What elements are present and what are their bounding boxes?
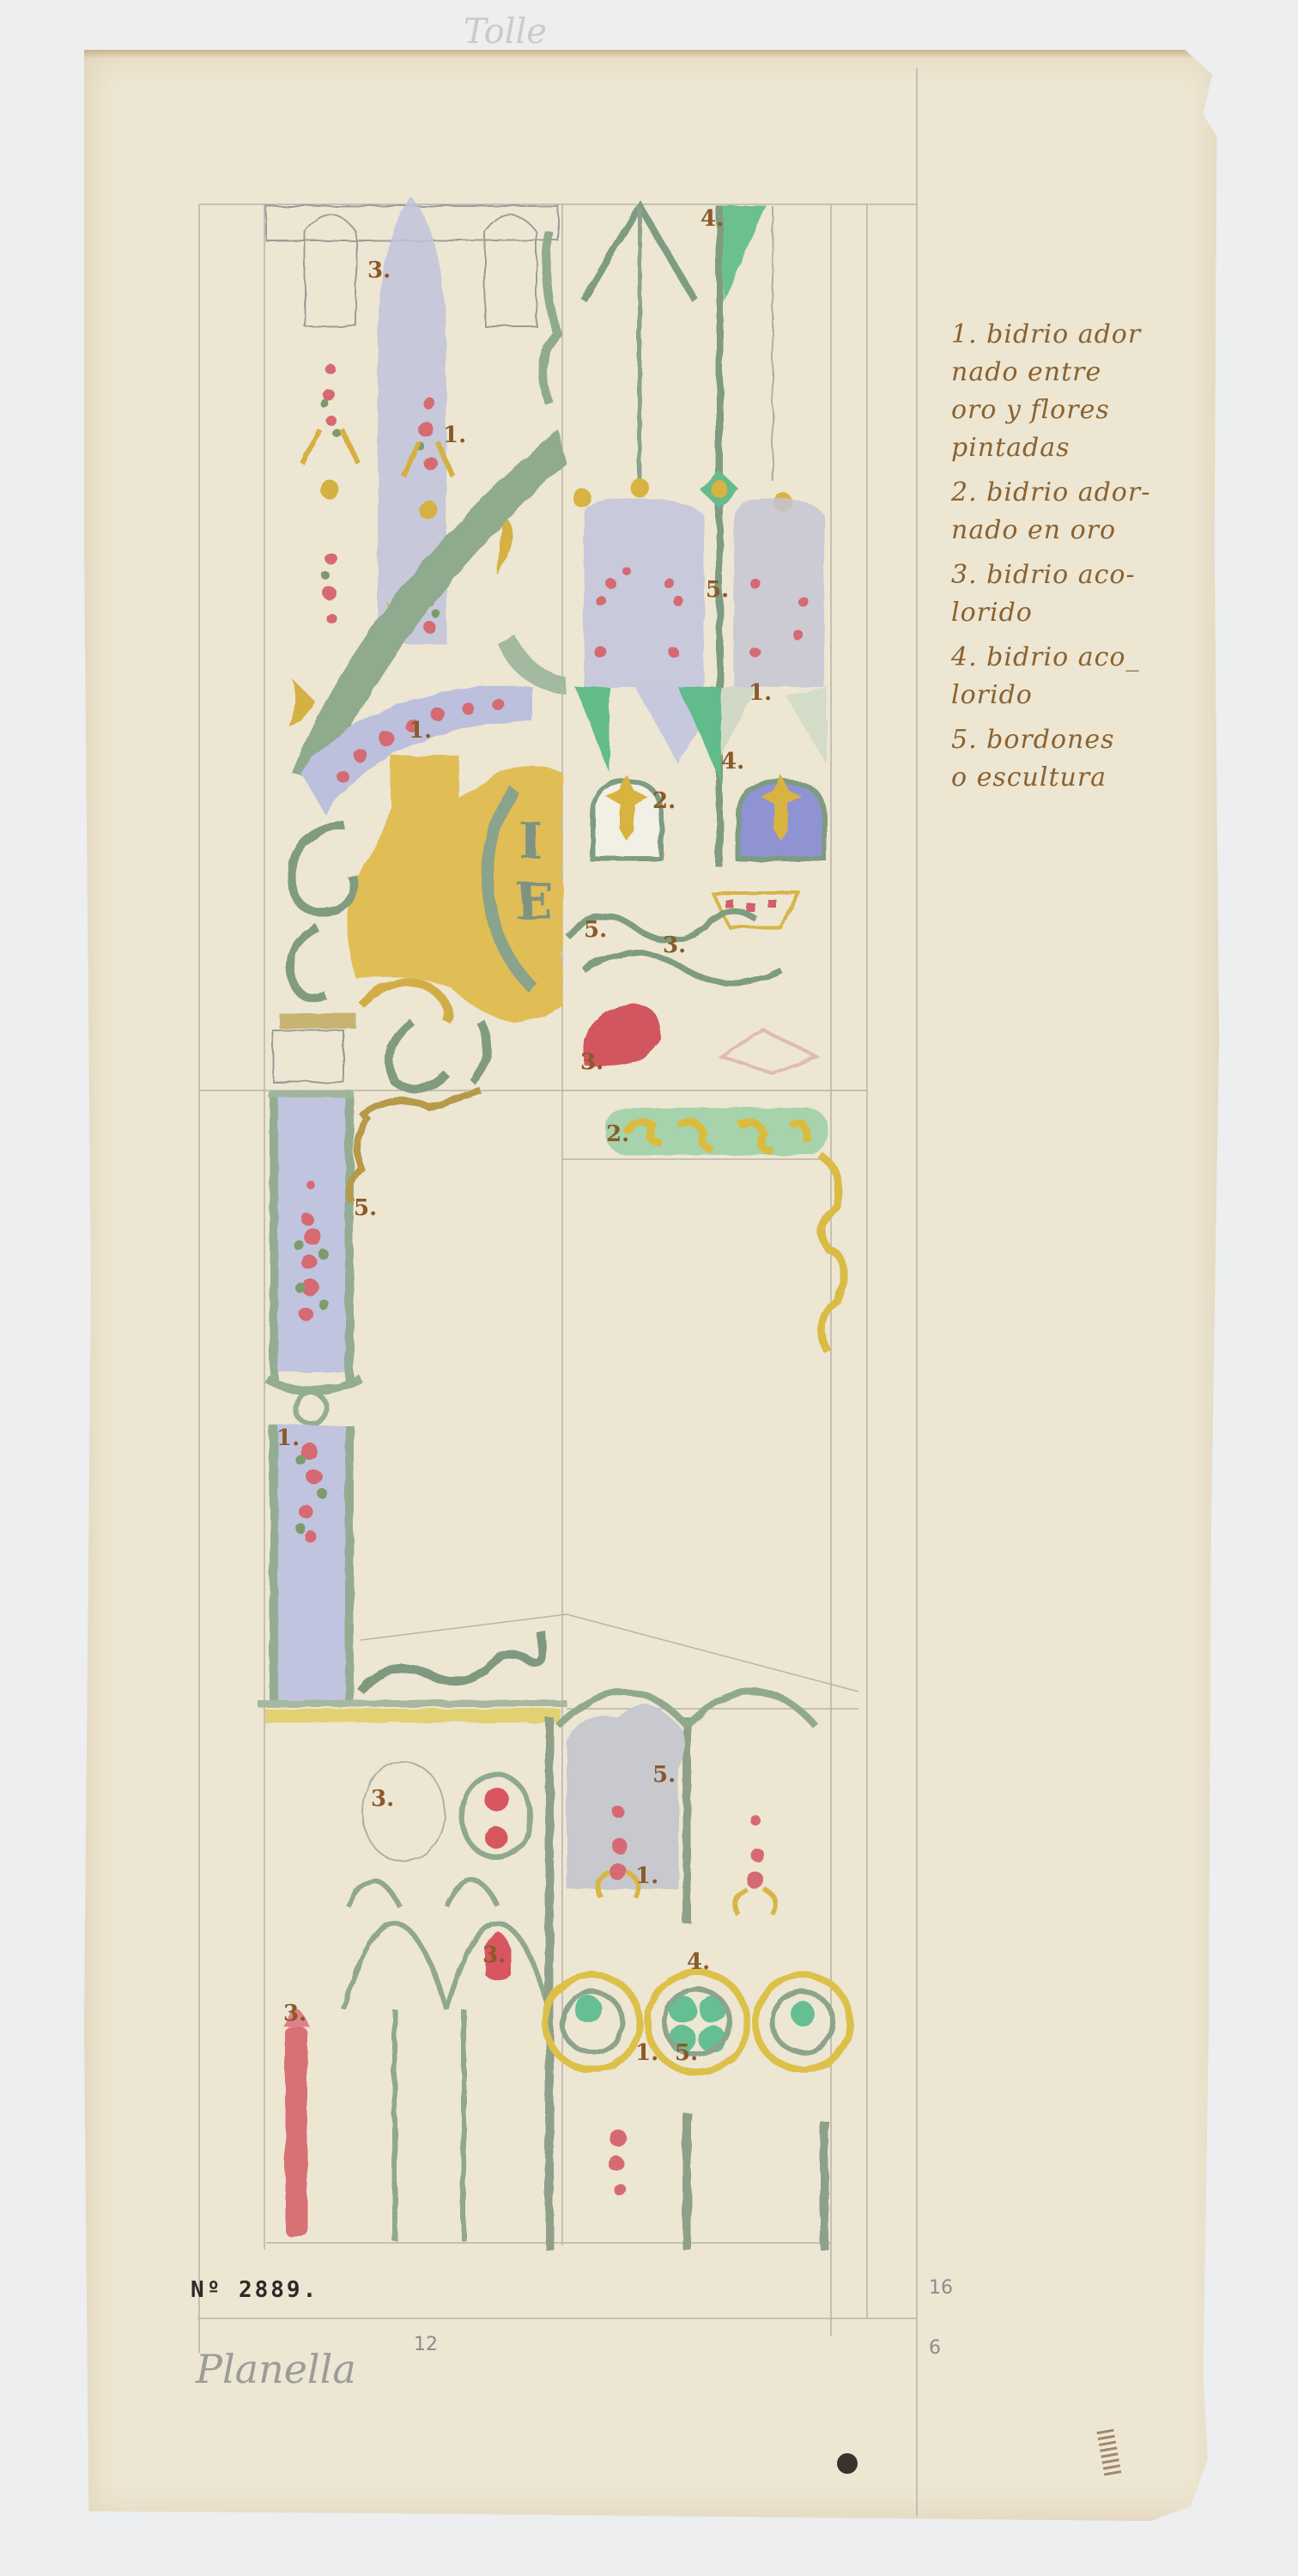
drawing-label: 5. <box>354 1195 377 1221</box>
drawing-label: 1. <box>276 1425 300 1451</box>
svg-text:I: I <box>519 812 543 871</box>
drawing-label: 3. <box>663 933 686 958</box>
artist-signature: Planella <box>196 2346 356 2392</box>
left-column <box>258 1013 567 1722</box>
drawing-label: 3. <box>371 1786 394 1812</box>
catalog-number: Nº 2889. <box>191 2277 318 2303</box>
measurement-mark: 16 <box>929 2277 953 2299</box>
drawing-label: 1. <box>749 680 772 706</box>
drawing-label: 5. <box>706 577 729 603</box>
measurement-mark: 6 <box>929 2337 941 2359</box>
measurement-mark: 12 <box>414 2334 438 2355</box>
drawing-label: 1. <box>635 2040 658 2066</box>
drawing-label: 5. <box>584 917 607 943</box>
color-legend: 1. bidrio ador nado entre oro y flores p… <box>951 316 1226 804</box>
drawing-label: 1. <box>635 1863 658 1889</box>
drawing-label: 1. <box>443 422 466 448</box>
drawing-label: 1. <box>409 718 432 744</box>
drawing-label: 4. <box>687 1949 710 1975</box>
drawing-label: 4. <box>721 749 744 775</box>
legend-entry-3: 3. bidrio aco- lorido <box>951 556 1226 632</box>
drawing-label: 2. <box>652 788 676 814</box>
svg-text:E: E <box>515 872 553 931</box>
legend-entry-5: 5. bordones o escultura <box>951 721 1226 797</box>
drawing-label: 5. <box>675 2040 698 2066</box>
upper-right-glass-panel <box>573 206 827 867</box>
legend-entry-2: 2. bidrio ador- nado en oro <box>951 474 1226 550</box>
legend-entry-4: 4. bidrio aco_ lorido <box>951 639 1226 714</box>
drawing-label: 3. <box>283 2001 306 2026</box>
legend-entry-1: 1. bidrio ador nado entre oro y flores p… <box>951 316 1226 467</box>
drawing-label: 5. <box>652 1762 676 1788</box>
drawing-label: 3. <box>580 1049 604 1075</box>
drawing-label: 3. <box>367 258 391 283</box>
drawing-label: 4. <box>701 206 724 232</box>
drawing-label: 2. <box>606 1121 629 1147</box>
drawing-label: 3. <box>482 1942 506 1968</box>
lower-left-arcade <box>283 1762 549 2241</box>
yellow-cartouche: I E <box>348 756 562 1022</box>
paper-hole <box>837 2453 858 2474</box>
